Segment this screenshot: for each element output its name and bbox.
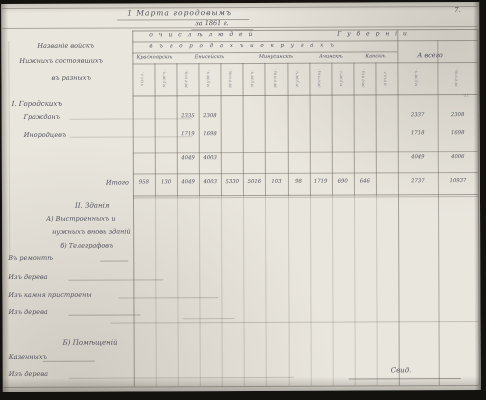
table-cell: 2337 xyxy=(404,113,432,118)
section2-row6: Изъ дерева xyxy=(9,371,48,378)
section2-heading: II. Зданія xyxy=(75,203,109,210)
stub-header-line3: въ разныхъ xyxy=(51,75,90,82)
subcol-label-12: мужч. xyxy=(415,62,420,92)
table-cell: 2308 xyxy=(196,114,224,119)
table-cell: 4003 xyxy=(196,156,224,161)
page-subtitle: за 1861 г. xyxy=(195,20,228,27)
signature: Свид. xyxy=(391,367,412,374)
subcol-label-7: мужч. xyxy=(296,63,301,93)
subcol-label-10: женщ. xyxy=(362,63,367,93)
subcol-label-3: мужч. xyxy=(207,63,212,93)
section2-row4: Изъ дерева xyxy=(8,309,47,316)
table-cell: 4049 xyxy=(404,155,432,160)
subcol-label-5: мужч. xyxy=(252,63,257,93)
subcol-label-13: женщ. xyxy=(455,62,460,92)
section2-sub2: нужныхъ вновь зданій xyxy=(52,228,131,235)
subcol-label-2: женщ. xyxy=(185,63,190,93)
total-column-header: А всего xyxy=(417,52,442,59)
overlay: 1 Марта городовымъ за 1861 г. 7. 41 Назв… xyxy=(0,0,485,1)
folio-number: 7. xyxy=(454,7,461,14)
scanned-ledger-page: 1 Марта городовымъ за 1861 г. 7. 41 Назв… xyxy=(0,0,486,400)
subcol-label-8: женщ. xyxy=(318,63,323,93)
page-wrap: 1 Марта городовымъ за 1861 г. 7. 41 Назв… xyxy=(0,0,486,400)
section1-heading: I. Городскихъ xyxy=(12,101,62,108)
section2-sub1: А) Выстроенныхъ и xyxy=(46,216,115,223)
stub-header-line2: Нижнихъ состоявшихъ xyxy=(19,58,103,65)
row-label-1: Инородцевъ xyxy=(24,132,67,139)
section2-row3: Изъ камня пристроены xyxy=(8,292,91,299)
group-header-2: Минусинскѣ xyxy=(259,55,293,60)
table-cell: 646 xyxy=(351,179,379,184)
group-header-3: Ачинскѣ xyxy=(319,55,343,60)
section2-row1: Въ ремонтѣ xyxy=(8,255,53,262)
stub-header-line1: Названіе войскъ xyxy=(37,43,94,50)
table-cell: 1698 xyxy=(196,132,224,137)
group-header-0: Красноярскѣ xyxy=(136,55,172,60)
header-span-left: о ч и с л ѣ л ю д е й xyxy=(149,32,254,38)
table-cell: 1718 xyxy=(404,131,432,136)
rule-h-17 xyxy=(100,261,128,262)
section2-sub3: б) Телеграфовъ xyxy=(60,243,113,250)
subcol-label-4: женщ. xyxy=(230,63,235,93)
table-cell: 2737 xyxy=(404,179,432,184)
section2-row5: Казенныхъ xyxy=(9,354,47,361)
table-cell: 10937 xyxy=(444,179,472,184)
table-cell: 1698 xyxy=(444,131,472,136)
section2-row2: Изъ дерева xyxy=(8,274,47,281)
table-cell: 4006 xyxy=(444,155,472,160)
row-label-3: Итого xyxy=(106,179,129,186)
group-header-1: Енисейскѣ xyxy=(195,55,224,60)
page-title: 1 Марта городовымъ xyxy=(127,9,232,17)
subcol-label-9: мужч. xyxy=(340,63,345,93)
group-header-4: Канскѣ xyxy=(365,54,385,59)
subcol-label-0: числ. xyxy=(141,64,146,94)
row-label-0: Гражданъ xyxy=(24,114,60,121)
margin-mark: 41 xyxy=(464,95,470,100)
header-span-row2: в ъ г о р о д а х ъ и о к р у г а х ъ xyxy=(149,43,336,49)
subcol-label-11: итог. xyxy=(384,63,389,93)
table-cell: 2308 xyxy=(444,113,472,118)
section2-heading-b: Б) Помѣщеній xyxy=(63,340,118,347)
subcol-label-6: женщ. xyxy=(274,63,279,93)
subcol-label-1: мужч. xyxy=(163,64,168,94)
